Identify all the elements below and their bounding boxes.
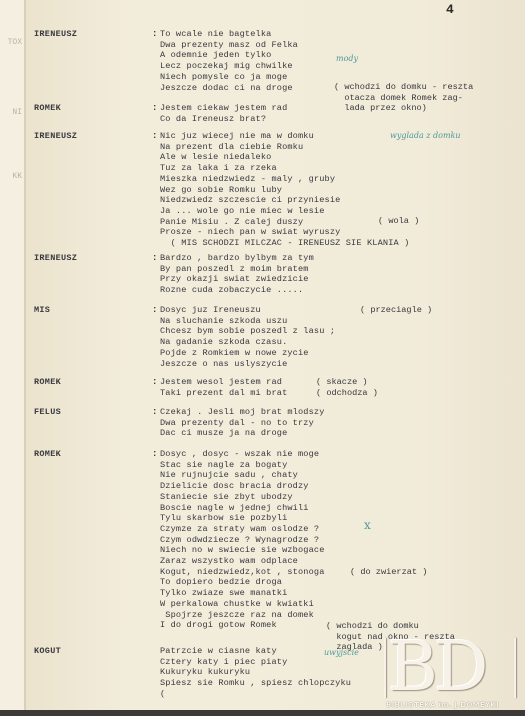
dialogue-line: Dosyc juz Ireneuszu <box>160 305 335 316</box>
margin-fragment: KK <box>0 172 22 181</box>
dialogue-line: Nic juz wiecej nie ma w domku <box>160 131 409 142</box>
dialogue-line: To wcale nie bagtelka <box>160 29 298 40</box>
dialogue-line: Co da Ireneusz brat? <box>160 114 287 125</box>
dialogue-line: Spiesz sie Romku , spiesz chlopczyku <box>160 678 351 689</box>
margin-fragment: NI <box>0 108 22 117</box>
dialogue-line: Jeszcze o nas uslyszycie <box>160 359 335 370</box>
speaker-colon: : <box>152 29 157 39</box>
dialogue-line: Czekaj . Jesli moj brat mlodszy <box>160 407 325 418</box>
dialogue-line: Na sluchanie szkoda uszu <box>160 316 335 327</box>
watermark-caption: BIBLIOTEKA im. J.DOMEYKI <box>386 701 499 709</box>
dialogue-line: Panie Misiu . Z calej duszy <box>160 217 409 228</box>
page-number: 4 <box>446 2 454 17</box>
dialogue-line: Tylko zwiaze swe manatki <box>160 588 325 599</box>
dialogue-line: Tylu skarbow sie pozbyli <box>160 513 325 524</box>
dialogue-line: Taki prezent dal mi brat <box>160 388 287 399</box>
dialogue-line: Niedzwiedz szczescie ci przyniesie <box>160 195 409 206</box>
speaker-name: IRENEUSZ <box>34 29 114 39</box>
dialogue-line: Czym odwdziecze ? Wynagrodze ? <box>160 535 325 546</box>
dialogue-line: Przy okazji swiat zwiedzicie <box>160 274 314 285</box>
dialogue-line: Staniecie sie zbyt ubodzy <box>160 492 325 503</box>
dialogue-line: Dzielicie dosc bracia drodzy <box>160 481 325 492</box>
dialogue-line: Tuz za laka i za rzeka <box>160 163 409 174</box>
speaker-colon: : <box>152 449 157 459</box>
speaker-name: IRENEUSZ <box>34 131 114 141</box>
dialogue-line: Kogut, niedzwiedz,kot , stonoga <box>160 567 325 578</box>
speaker-name: MIS <box>34 305 114 315</box>
handwritten-mark: x <box>364 518 371 532</box>
dialogue-lines: Bardzo , bardzo bylbym za tym By pan pos… <box>160 253 314 296</box>
speaker-name: ROMEK <box>34 103 114 113</box>
dialogue-line: A odemnie jeden tylko <box>160 50 298 61</box>
dialogue-line: ( <box>160 689 351 700</box>
dialogue-line: Bardzo , bardzo bylbym za tym <box>160 253 314 264</box>
speaker-colon: : <box>152 253 157 263</box>
speaker-name: IRENEUSZ <box>34 253 114 263</box>
stage-direction: ( odchodza ) <box>316 388 378 399</box>
scan-bottom-edge <box>0 710 525 716</box>
stage-direction: ( przeciagle ) <box>360 305 432 316</box>
dialogue-line: Na prezent dla ciebie Romku <box>160 142 409 153</box>
library-watermark: BD BIBLIOTEKA im. J.DOMEYKI <box>382 638 522 712</box>
speaker-colon: : <box>152 131 157 141</box>
dialogue-lines: Jestem ciekaw jestem rad Co da Ireneusz … <box>160 103 287 124</box>
dialogue-line: Jestem wesol jestem rad <box>160 377 287 388</box>
speaker-colon: : <box>152 103 157 113</box>
dialogue-line: Zaraz wszystko wam odplace <box>160 556 325 567</box>
dialogue-line: Niech no w swiecie sie wzbogace <box>160 545 325 556</box>
dialogue-line: Stac sie nagle za bogaty <box>160 460 325 471</box>
dialogue-line: Ale w lesie niedaleko <box>160 152 409 163</box>
dialogue-line: Na gadanie szkoda czasu. <box>160 337 335 348</box>
stage-direction: ( do zwierzat ) <box>350 567 427 578</box>
handwritten-note: mody <box>336 54 358 63</box>
speaker-colon: : <box>152 377 157 387</box>
dialogue-lines: Patrzcie w ciasne katy Cztery katy i pie… <box>160 646 351 700</box>
dialogue-line: Jestem ciekaw jestem rad <box>160 103 287 114</box>
dialogue-line: Pojde z Romkiem w nowe zycie <box>160 348 335 359</box>
dialogue-line: Lecz poczekaj mig chwilke <box>160 61 298 72</box>
dialogue-line: Patrzcie w ciasne katy <box>160 646 351 657</box>
document-page: 4 IRENEUSZ : To wcale nie bagtelka Dwa p… <box>26 0 525 716</box>
dialogue-line: To dopiero bedzie droga <box>160 577 325 588</box>
dialogue-line: Cztery katy i piec piaty <box>160 657 351 668</box>
dialogue-line: Spojrze jeszcze raz na domek <box>160 610 325 621</box>
dialogue-line: Prosze - niech pan w swiat wyruszy <box>160 227 409 238</box>
speaker-name: ROMEK <box>34 449 114 459</box>
dialogue-line: Wez go sobie Romku luby <box>160 185 409 196</box>
stage-direction: ( wola ) <box>378 216 419 227</box>
dialogue-line: Mieszka niedzwiedz - maly , gruby <box>160 174 409 185</box>
speaker-colon: : <box>152 305 157 315</box>
handwritten-note: wyglada z domku <box>390 131 461 140</box>
stage-direction: ( wchodzi do domku - reszta otacza domek… <box>334 82 473 114</box>
margin-fragment: TOX <box>0 38 22 47</box>
dialogue-line: I do drogi gotow Romek <box>160 620 325 631</box>
dialogue-line: Niech pomysle co ja moge <box>160 72 298 83</box>
dialogue-line: Dosyc , dosyc - wszak nie moge <box>160 449 325 460</box>
dialogue-lines: Czekaj . Jesli moj brat mlodszy Dwa prez… <box>160 407 325 439</box>
dialogue-lines: Jestem wesol jestem rad Taki prezent dal… <box>160 377 287 398</box>
dialogue-line: Kukuryku kukuryku <box>160 667 351 678</box>
speaker-name: FELUS <box>34 407 114 417</box>
dialogue-lines: Dosyc juz Ireneuszu Na sluchanie szkoda … <box>160 305 335 369</box>
dialogue-line: Chcesz bym sobie poszedl z lasu ; <box>160 326 335 337</box>
dialogue-line: Nie rujnujcie sadu , chaty <box>160 470 325 481</box>
speaker-colon: : <box>152 407 157 417</box>
dialogue-line: Ja ... wole go nie miec w lesie <box>160 206 409 217</box>
dialogue-line: W perkalowa chustke w kwiatki <box>160 599 325 610</box>
dialogue-lines: Dosyc , dosyc - wszak nie moge Stac sie … <box>160 449 325 631</box>
speaker-name: ROMEK <box>34 377 114 387</box>
dialogue-line: Boscie nagle w jednej chwili <box>160 503 325 514</box>
dialogue-line: Dwa prezenty masz od Felka <box>160 40 298 51</box>
dialogue-line: Rozne cuda zobaczycie ..... <box>160 285 314 296</box>
dialogue-line: Dwa prezenty dal - no to trzy <box>160 418 325 429</box>
watermark-bar <box>514 638 516 698</box>
stage-direction-line: ( MIS SCHODZI MILCZAC - IRENEUSZ SIE KLA… <box>160 238 409 249</box>
watermark-logo: BD <box>388 628 485 707</box>
watermark-bar <box>384 638 386 698</box>
dialogue-line: Czymze za straty wam oslodze ? <box>160 524 325 535</box>
dialogue-line: Jeszcze dodac ci na droge <box>160 83 298 94</box>
dialogue-line: By pan poszedl z moim bratem <box>160 264 314 275</box>
stage-direction: ( skacze ) <box>316 377 368 388</box>
speaker-name: KOGUT <box>34 646 114 656</box>
dialogue-lines: To wcale nie bagtelka Dwa prezenty masz … <box>160 29 298 93</box>
dialogue-lines: Nic juz wiecej nie ma w domku Na prezent… <box>160 131 409 249</box>
dialogue-line: Dac ci musze ja na droge <box>160 428 325 439</box>
handwritten-note: uwyjscie <box>324 648 359 657</box>
left-margin-strip: TOX NI KK <box>0 0 26 716</box>
